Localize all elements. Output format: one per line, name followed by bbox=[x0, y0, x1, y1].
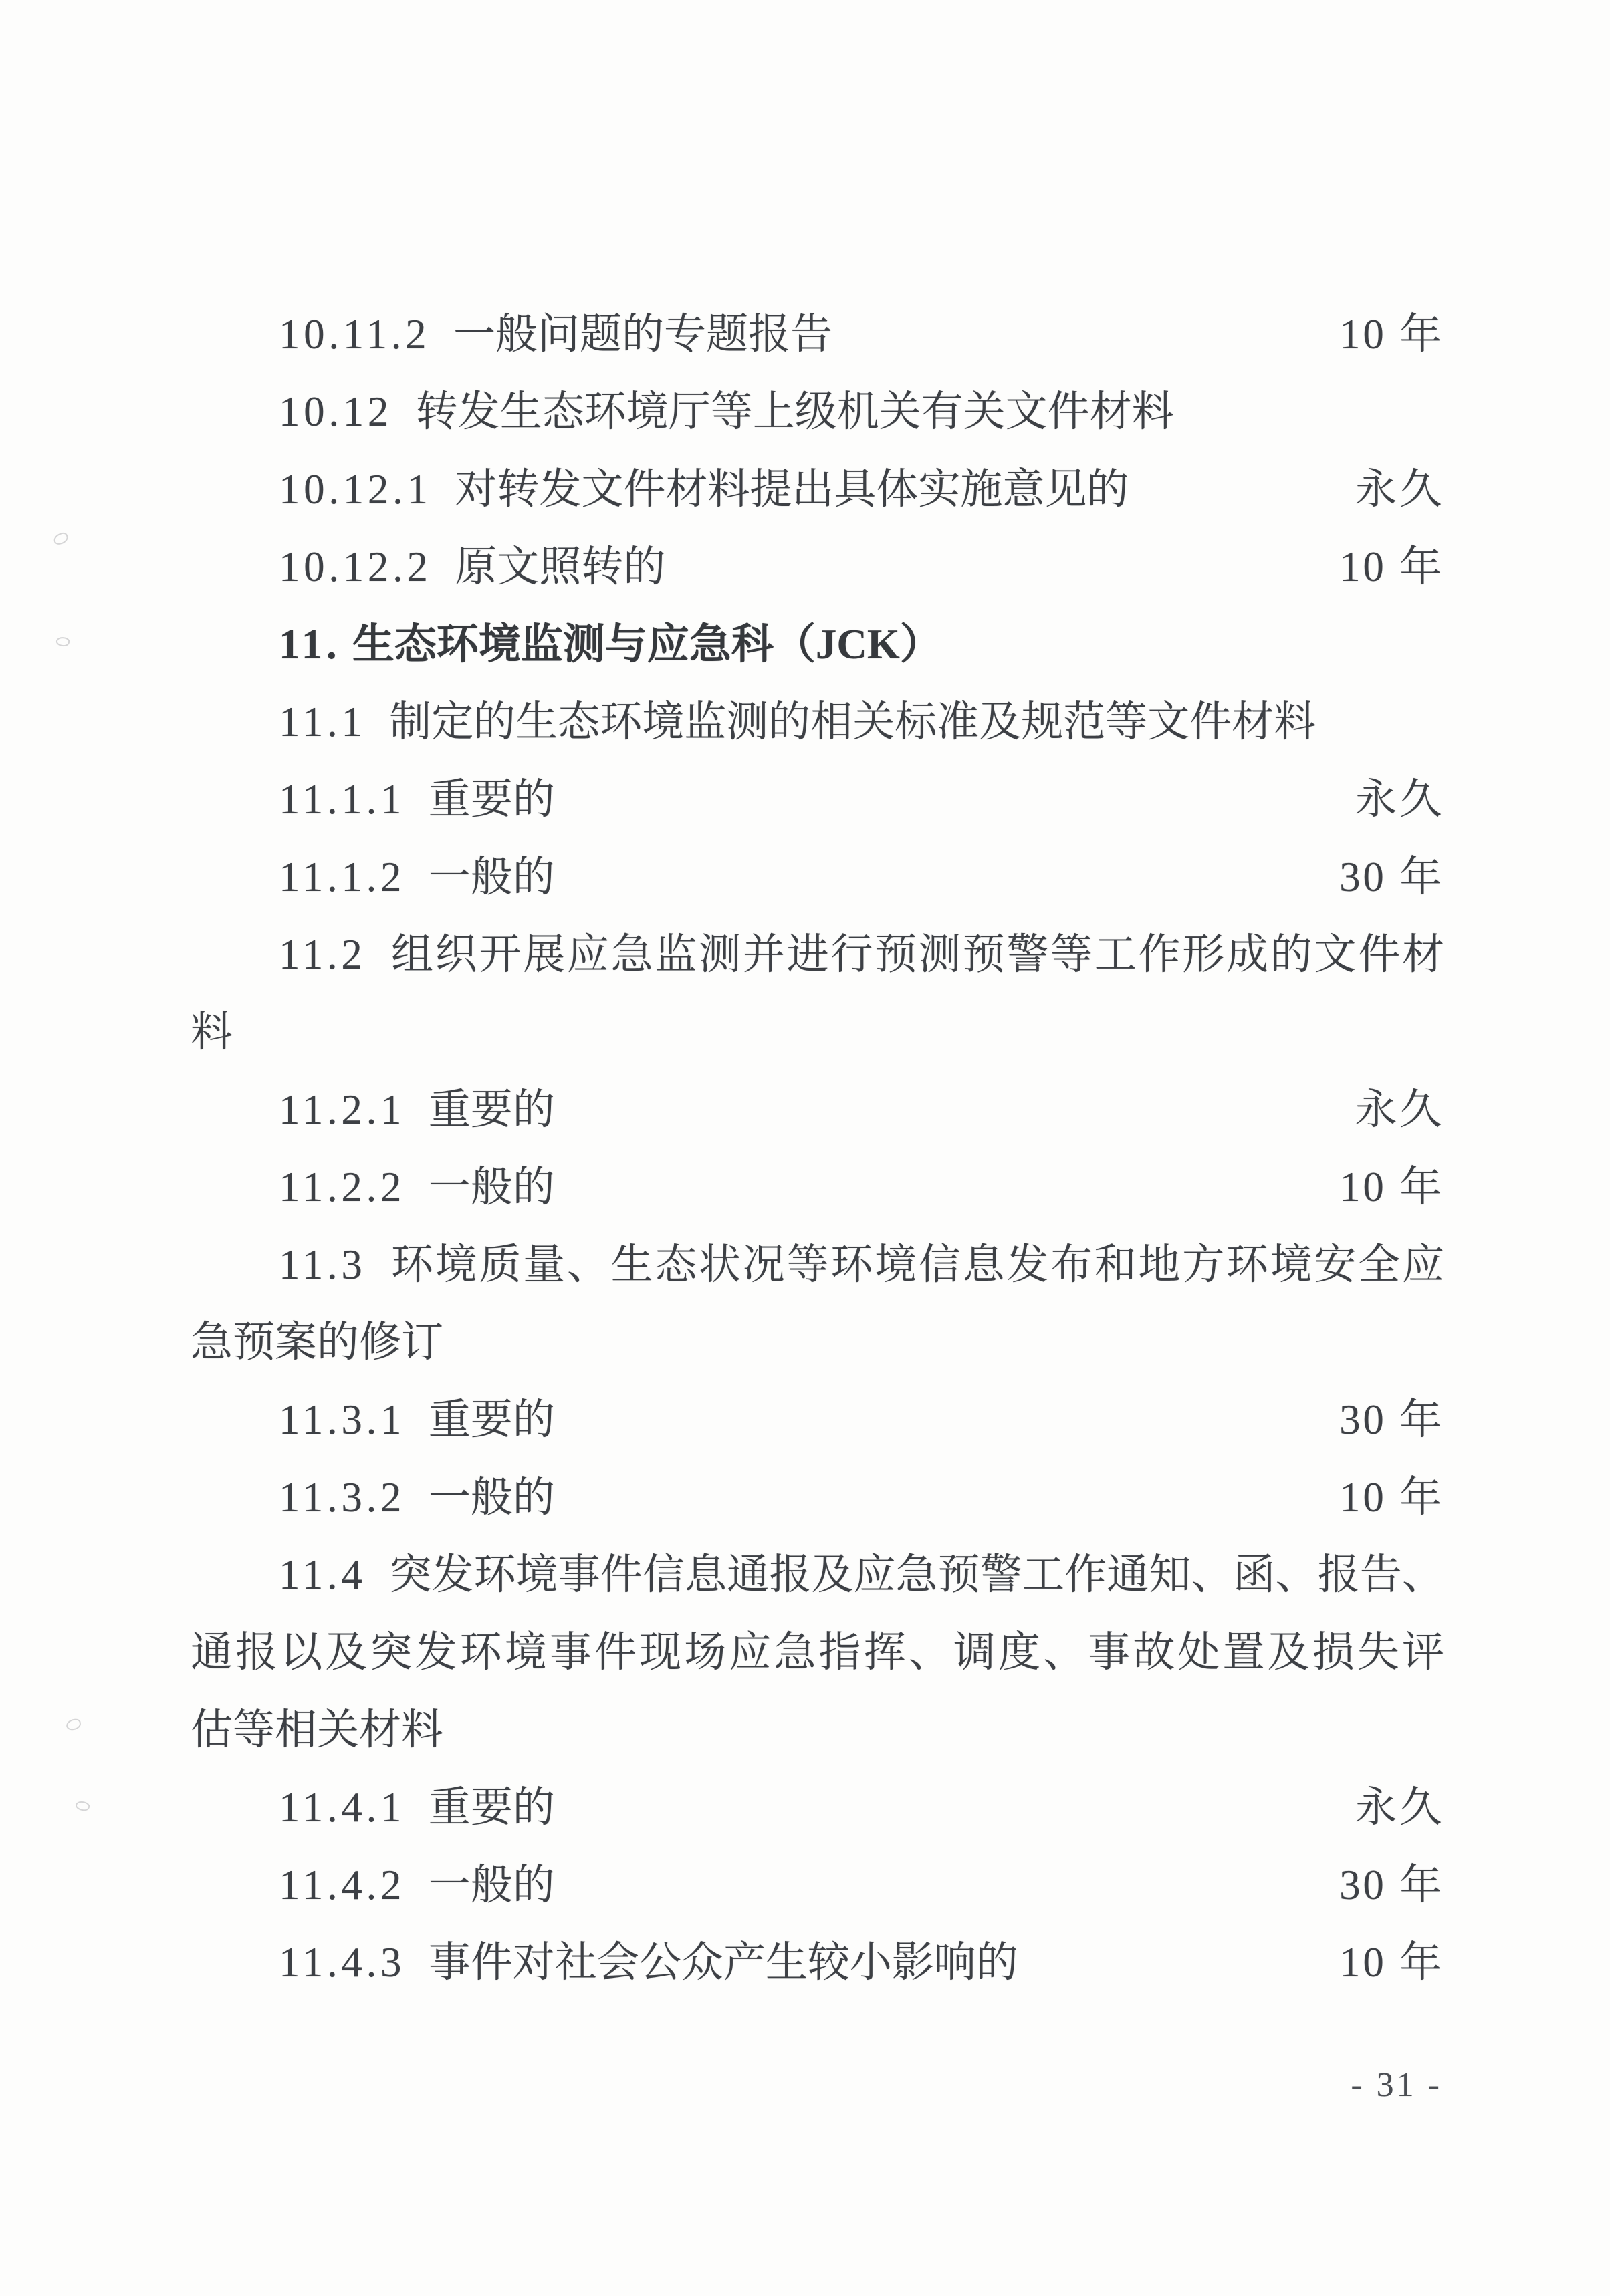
retention-period: 30 年 bbox=[1339, 838, 1444, 916]
schedule-item: 永久 11.1.1重要的 bbox=[191, 761, 1444, 838]
item-text: 重要的 bbox=[429, 776, 555, 823]
item-number: 11.2.2 bbox=[279, 1164, 405, 1210]
item-text: 突发环境事件信息通报及应急预警工作通知、函、报告、 bbox=[389, 1551, 1444, 1598]
schedule-item: 10.12转发生态环境厅等上级机关有关文件材料 bbox=[191, 373, 1444, 451]
schedule-item: 11.1制定的生态环境监测的相关标准及规范等文件材料 bbox=[191, 683, 1444, 761]
item-number: 11.2.1 bbox=[279, 1086, 405, 1133]
schedule-item: 30 年 11.3.1重要的 bbox=[191, 1381, 1444, 1458]
document-page: 10 年 10.11.2一般问题的专题报告 10.12转发生态环境厅等上级机关有… bbox=[0, 0, 1610, 2296]
item-text: 一般问题的专题报告 bbox=[453, 311, 832, 358]
retention-period: 30 年 bbox=[1339, 1846, 1444, 1924]
item-text: 制定的生态环境监测的相关标准及规范等文件材料 bbox=[389, 698, 1316, 745]
schedule-item: 10 年 10.12.2原文照转的 bbox=[191, 528, 1444, 606]
wrapped-line: 急预案的修订 bbox=[191, 1303, 1444, 1381]
retention-period: 10 年 bbox=[1339, 1148, 1444, 1226]
retention-period: 永久 bbox=[1355, 1071, 1444, 1148]
item-text: 急预案的修订 bbox=[191, 1319, 443, 1366]
retention-period: 10 年 bbox=[1339, 295, 1444, 373]
item-text: 重要的 bbox=[429, 1396, 555, 1443]
item-number: 11.1.2 bbox=[279, 854, 405, 900]
item-text: 原文照转的 bbox=[455, 543, 665, 590]
item-number: 10.11.2 bbox=[279, 311, 430, 358]
wrapped-line: 料 bbox=[191, 993, 1444, 1071]
item-text: 一般的 bbox=[429, 854, 555, 900]
scan-artifact bbox=[55, 636, 70, 648]
item-text: 一般的 bbox=[429, 1862, 555, 1908]
section-heading: 11.生态环境监测与应急科（JCK） bbox=[191, 606, 1444, 683]
item-number: 11.4.1 bbox=[279, 1784, 405, 1831]
schedule-item: 永久 11.4.1重要的 bbox=[191, 1769, 1444, 1846]
item-number: 11.3.1 bbox=[279, 1396, 405, 1443]
schedule-item: 10 年 11.3.2一般的 bbox=[191, 1458, 1444, 1536]
scan-artifact bbox=[52, 531, 70, 547]
schedule-item: 30 年 11.1.2一般的 bbox=[191, 838, 1444, 916]
scan-artifact bbox=[66, 1718, 82, 1731]
item-text: 对转发文件材料提出具体实施意见的 bbox=[455, 466, 1129, 513]
retention-period: 10 年 bbox=[1339, 528, 1444, 606]
item-number: 11.1.1 bbox=[279, 776, 405, 823]
item-number: 11.1 bbox=[279, 698, 366, 745]
schedule-item: 10 年 10.11.2一般问题的专题报告 bbox=[191, 295, 1444, 373]
retention-period: 10 年 bbox=[1339, 1924, 1444, 2001]
item-text: 一般的 bbox=[429, 1474, 555, 1521]
retention-period: 永久 bbox=[1355, 451, 1444, 528]
retention-period: 永久 bbox=[1355, 1769, 1444, 1846]
wrapped-line: 估等相关材料 bbox=[191, 1691, 1444, 1769]
item-text: 估等相关材料 bbox=[191, 1706, 443, 1753]
schedule-item: 10 年 11.4.3事件对社会公众产生较小影响的 bbox=[191, 1924, 1444, 2001]
item-number: 11.4.3 bbox=[279, 1939, 405, 1986]
item-number: 10.12.1 bbox=[279, 466, 432, 513]
scan-artifact bbox=[74, 1799, 90, 1813]
item-number: 10.12 bbox=[279, 388, 392, 435]
schedule-item: 11.3环境质量、生态状况等环境信息发布和地方环境安全应 bbox=[191, 1226, 1444, 1303]
section-number: 11. bbox=[279, 621, 340, 668]
item-text: 组织开展应急监测并进行预测预警等工作形成的文件材 bbox=[389, 931, 1444, 978]
item-number: 11.4 bbox=[279, 1551, 366, 1598]
schedule-item: 永久 10.12.1对转发文件材料提出具体实施意见的 bbox=[191, 451, 1444, 528]
retention-period: 永久 bbox=[1355, 761, 1444, 838]
schedule-item: 10 年 11.2.2一般的 bbox=[191, 1148, 1444, 1226]
item-text: 环境质量、生态状况等环境信息发布和地方环境安全应 bbox=[389, 1241, 1444, 1288]
item-text: 一般的 bbox=[429, 1164, 555, 1210]
item-number: 11.2 bbox=[279, 931, 366, 978]
section-title: 生态环境监测与应急科（JCK） bbox=[352, 621, 942, 668]
item-text: 重要的 bbox=[429, 1086, 555, 1133]
item-text: 重要的 bbox=[429, 1784, 555, 1831]
item-number: 10.12.2 bbox=[279, 543, 432, 590]
item-number: 11.4.2 bbox=[279, 1862, 405, 1908]
retention-schedule: 10 年 10.11.2一般问题的专题报告 10.12转发生态环境厅等上级机关有… bbox=[191, 295, 1444, 2001]
wrapped-line: 通报以及突发环境事件现场应急指挥、调度、事故处置及损失评 bbox=[191, 1614, 1444, 1691]
page-number: - 31 - bbox=[191, 2047, 1442, 2124]
schedule-item: 30 年 11.4.2一般的 bbox=[191, 1846, 1444, 1924]
item-text: 事件对社会公众产生较小影响的 bbox=[429, 1939, 1018, 1986]
retention-period: 10 年 bbox=[1339, 1458, 1444, 1536]
item-number: 11.3 bbox=[279, 1241, 366, 1288]
item-number: 11.3.2 bbox=[279, 1474, 405, 1521]
retention-period: 30 年 bbox=[1339, 1381, 1444, 1458]
item-text: 料 bbox=[191, 1009, 233, 1055]
schedule-item: 11.2组织开展应急监测并进行预测预警等工作形成的文件材 bbox=[191, 916, 1444, 993]
schedule-item: 11.4突发环境事件信息通报及应急预警工作通知、函、报告、 bbox=[191, 1536, 1444, 1614]
item-text: 转发生态环境厅等上级机关有关文件材料 bbox=[416, 388, 1174, 435]
schedule-item: 永久 11.2.1重要的 bbox=[191, 1071, 1444, 1148]
item-text: 通报以及突发环境事件现场应急指挥、调度、事故处置及损失评 bbox=[191, 1629, 1444, 1676]
